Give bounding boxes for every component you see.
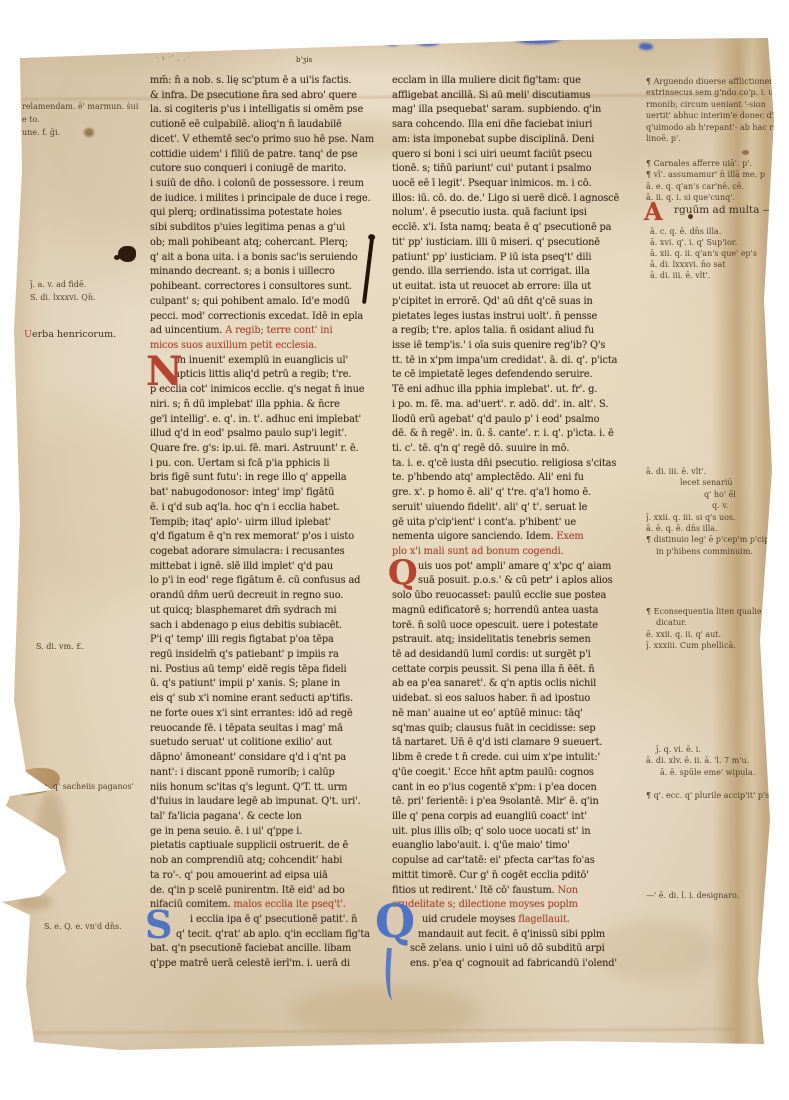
- blue-pigment-smudge: [385, 37, 400, 46]
- text-line: ut euitat. ista ut reuocet ab errore: il…: [392, 280, 648, 295]
- text-line: sibi subditos p'uies legitima penas a g'…: [150, 221, 406, 236]
- body-text: tal' fa'licia pagana'. & cecte lon: [150, 811, 302, 822]
- body-text: bat. q'n psecutionē faciebat ancille. li…: [150, 943, 351, 954]
- marginalia-left-ad-fidem: j̄. a. v. ad fidē.S. di. lxxxvi. Qn̄.: [30, 278, 170, 304]
- marginalia-left-top: relamendam. ē' marmun. ṡuie to.une. f. ḡ…: [22, 100, 162, 139]
- body-text: ā. di. iii. ē. vlt'.: [650, 271, 710, 280]
- body-text: sibi subditos p'uies legitima penas a g'…: [150, 222, 345, 233]
- body-text: uid crudele moyses: [422, 914, 518, 925]
- blue-pigment-smudge: [507, 23, 565, 44]
- rubric-text: Non: [558, 885, 578, 896]
- body-text: tā nartaret. Un̄ ē q'd isti clamare 9 su…: [392, 737, 602, 748]
- text-line: copulse ad car'tatē: ei' pfecta car'tas …: [392, 854, 648, 869]
- text-line: suā posuit. p.o.s.' & cū petr' i aplos a…: [392, 574, 648, 589]
- initial-q-blue: Q: [375, 898, 415, 944]
- text-line: cogebat adorare simulacra: i recusantes: [150, 545, 406, 560]
- text-line: ut quicq; blasphemaret dm̄ sydrach mi: [150, 604, 406, 619]
- text-line: tal' fa'licia pagana'. & cecte lon: [150, 810, 406, 825]
- text-line: nob an comprendiū atq; cohcendit' habi: [150, 854, 406, 869]
- body-text: lo p'i in eod' rege figātum ē. cū confus…: [150, 575, 360, 586]
- text-line: de. q'in p scelē punirentm. Itē eid' ad …: [150, 884, 406, 899]
- body-text: & infra. De psecutione n̄ra sed abro' qu…: [150, 90, 357, 101]
- text-line: cottidie uidem' i filiū de patre. tanq' …: [150, 148, 406, 163]
- body-text: mandauit aut fecit. ē q'inissū sibi pplm: [418, 929, 605, 940]
- text-line: on inuenit' exemplū in euanglicis ul': [150, 354, 406, 369]
- text-line: sq'mas quib; clausus fuāt in cecidisse: …: [392, 722, 648, 737]
- text-line: cutionē eē culpabilē. alioq'n n̄ laudabi…: [150, 118, 406, 133]
- body-text: ā. xii. q. ii. q'an's que' ep's: [650, 249, 757, 258]
- manuscript-photo: · ı ·' , ,· b'ʒis mm̄: n̄ a nob. s. lię …: [0, 0, 789, 1100]
- text-line: e to.: [22, 113, 162, 126]
- parchment-page: · ı ·' , ,· b'ʒis mm̄: n̄ a nob. s. lię …: [0, 0, 789, 1100]
- text-line: niis honum sc'itas q's legunt. Q'T. tt. …: [150, 781, 406, 796]
- body-text: llodū erū agebat' q'd paulo p' i eod' ps…: [392, 414, 599, 425]
- body-text: ab ea p'ea sanaret'. & q'n aptis oclis n…: [392, 678, 596, 689]
- body-text: te. p'hbendo atq' amplectēdo. Ali' eni f…: [392, 472, 584, 483]
- body-text: tē. pri' ferientē: i p'ea 9solantē. Mir'…: [392, 796, 599, 807]
- body-text: ¶ Econsequentia liten qualiena: [646, 607, 772, 616]
- body-text: j̄. xxxiii. Cum phellicā.: [646, 641, 736, 650]
- body-text: scē zelans. unio i uini uō dō subditū ar…: [410, 943, 605, 954]
- body-text: nementa uigore sanciendo. Idem.: [392, 531, 556, 542]
- text-line: lo p'i in eod' rege figātum ē. cū confus…: [150, 574, 406, 589]
- body-text: mittebat i ignē. slē illd implet' q'd pa…: [150, 561, 333, 572]
- body-text: ille q' pena corpis ad euangliū coact' i…: [392, 811, 587, 822]
- text-line: ē. i q'd sub aq'la. hoc q'n i ecclia hab…: [150, 501, 406, 516]
- rubric-text: malos ecclia ite pseq't'.: [233, 899, 345, 910]
- text-line: cutore suo conqueri i coniugē de marito.: [150, 162, 406, 177]
- body-text: relamendam. ē' marmun. ṡui: [22, 102, 138, 111]
- body-text: uertit' abhuc interim'e donec d'f.: [646, 111, 779, 120]
- body-text: p'cipitet in errorē. Qd' aū dn̄t q'cē su…: [392, 296, 593, 307]
- text-line: j̄. q. vi. ē. i.: [646, 744, 788, 755]
- body-text: ā. c. q. ē. dn̄s illa.: [650, 227, 721, 236]
- body-text: S. di. vm. £.: [36, 642, 84, 651]
- body-text: niri. s; n̄ dū implebat' illa pphia. & n…: [150, 399, 340, 410]
- text-line: ta. i. e. q'cē iusta dn̄i psecutio. reli…: [392, 457, 648, 472]
- body-text: —' ē. di. l. i. designaro.: [646, 891, 739, 900]
- text-line: ecclam in illa muliere dicit fig'tam: qu…: [392, 74, 648, 89]
- body-text: ti. c'. tē. q'n q' regē dō. suuire in mō…: [392, 443, 569, 454]
- text-line: j̄. xxxiii. Cum phellicā.: [646, 640, 788, 651]
- body-text: la. si cogiteris p'us i intelligatis si …: [150, 104, 363, 115]
- body-text: regū insidelm̄ q's patiebant' p impiis r…: [150, 649, 339, 660]
- text-line: affligebat ancillā. Si aū meli' discutia…: [392, 89, 648, 104]
- text-line: ge in pena seuio. ē. i ui' q'ppe i.: [150, 825, 406, 840]
- text-line: cettate corpis peussit. Si pena illa n̄ …: [392, 663, 648, 678]
- text-line: ā. di. lxxxvi. n̄o sat: [650, 259, 757, 270]
- blue-pigment-smudge: [414, 35, 441, 46]
- text-line: ta ro'-. q' pou amouerint ad eipsa uiā: [150, 869, 406, 884]
- body-text: dicet'. V ethemtē sec'o primo suo hē pse…: [150, 134, 374, 145]
- body-text: patiunt' pp' iusticiam. P iū ista pseq't…: [392, 252, 591, 263]
- body-text: torē. n̄ solū uoce opescuit. uere i pote…: [392, 620, 598, 631]
- text-column-2: ecclam in illa muliere dicit fig'tam: qu…: [392, 74, 648, 972]
- body-text: i po. m. fē. ma. ad'uert'. r. adō. dd'. …: [392, 399, 608, 410]
- body-text: sq'mas quib; clausus fuāt in cecidisse: …: [392, 723, 596, 734]
- body-text: ta ro'-. q' pou amouerint ad eipsa uiā: [150, 870, 328, 881]
- text-line: pietatis captiuale supplicii ostruerit. …: [150, 839, 406, 854]
- marginalia-right-citations-2: ā. di. iii. ē. vlt'.lecet senariūq' ho' …: [646, 466, 788, 557]
- text-line: torē. n̄ solū uoce opescuit. uere i pote…: [392, 619, 648, 634]
- rubric-text: A regib; terre cont' ini: [225, 325, 332, 336]
- text-line: cant in eo p'ius cogentē x'pm: i p'ea do…: [392, 781, 648, 796]
- text-line: q'ppe matrē uerā celestē ierl'm. i. uerā…: [150, 957, 406, 972]
- body-text: cettate corpis peussit. Si pena illa n̄ …: [392, 664, 595, 675]
- body-text: nolum'. ē psecutio iusta. quā faciunt ip…: [392, 207, 587, 218]
- body-text: ge in pena seuio. ē. i ui' q'ppe i.: [150, 826, 302, 837]
- text-line: ¶ Carnales afferre uiā'. p'.: [646, 158, 788, 169]
- body-text: fitios ut redirent.' Itē cō' faustum.: [392, 885, 558, 896]
- body-text: q'ppe matrē uerā celestē ierl'm. i. uerā…: [150, 958, 350, 969]
- body-text: lecet senariū: [680, 478, 733, 487]
- body-text: q. v.: [712, 501, 728, 510]
- text-line: la. si cogiteris p'us i intelligatis si …: [150, 103, 406, 118]
- text-line: isse iē temp'is.' i oīa suis quenire reg…: [392, 339, 648, 354]
- text-line: euanglio labo'auit. i. q'ūe maio' timo': [392, 839, 648, 854]
- body-text: libm ē crede t n̄ crede. cui uim x'pe in…: [392, 752, 600, 763]
- body-text: Tē eni adhuc illa pphia implebat'. ut. f…: [392, 384, 597, 395]
- text-line: regū insidelm̄ q's patiebant' p impiis r…: [150, 648, 406, 663]
- body-text: q'ūe coegit.' Ecce hn̄t aptm paulū: cogn…: [392, 767, 594, 778]
- text-line: ¶ Econsequentia liten qualiena: [646, 606, 788, 617]
- body-text: ā. ii. q. i. si que'cunq'.: [646, 193, 735, 202]
- marginalia-left-bottom: S. e. Q. e. vn'd dn̄s.: [44, 920, 184, 933]
- text-line: linoē. p'.: [646, 133, 788, 144]
- text-line: ā. di. iii. ē. vlt'.: [646, 466, 788, 477]
- text-line: ¶ Arguendo diuerse afflictionem: [646, 76, 788, 87]
- text-column-1: mm̄: n̄ a nob. s. lię sc'ptum ē a ui'is …: [150, 74, 406, 972]
- text-line: ti. c'. tē. q'n q' regē dō. suuire in mō…: [392, 442, 648, 457]
- text-line: bat. q'n psecutionē faciebat ancille. li…: [150, 942, 406, 957]
- body-text: apticis littis aliq'd petrū a regib; t'r…: [174, 369, 351, 380]
- text-line: rmonib; circum ueniant '-sion: [646, 99, 788, 110]
- text-line: uid crudele moyses flagellauit.: [392, 913, 648, 928]
- marginalia-right-argumentum-header: rguūm ad multa ———: [660, 203, 780, 217]
- body-text: sara cohcendo. Illa eni dn̄e faciebat in…: [392, 119, 592, 130]
- text-line: illud q'd in eod' psalmo paulo sup'i leg…: [150, 427, 406, 442]
- text-line: ā. di. xlv. ē. ii. ā. 'l. 7 m'u.: [646, 755, 788, 766]
- text-line: in p'hibens comminuim.: [646, 546, 788, 557]
- text-line: ni. Postius aū temp' eidē regis tēpa fid…: [150, 663, 406, 678]
- text-line: ille q' pena corpis ad euangliū coact' i…: [392, 810, 648, 825]
- body-text: ecclam in illa muliere dicit fig'tam: qu…: [392, 75, 581, 86]
- body-text: gre. x'. p homo ē. ali' q' t're. q'a'l h…: [392, 487, 591, 498]
- body-text: mag' illa psequebat' saram. supbiendo. q…: [392, 104, 601, 115]
- text-line: —' ē. di. l. i. designaro.: [646, 890, 788, 901]
- text-line: tē ad desidandū lumī cordis: ut surgēt p…: [392, 648, 648, 663]
- text-line: eis q' sub x'i nomine erant seducti ap't…: [150, 692, 406, 707]
- body-text: q' ho' ēl: [704, 490, 736, 499]
- body-text: nant': i discant pponē rumorib; i calūp: [150, 767, 335, 778]
- text-line: mittit timorē. Cur g' n̄ cogēt ecclia pd…: [392, 869, 648, 884]
- body-text: cant in eo p'ius cogentē x'pm: i p'ea do…: [392, 782, 597, 793]
- text-line: q'd figatum ē q'n rex memorat' p'os i ui…: [150, 530, 406, 545]
- text-line: llodū erū agebat' q'd paulo p' i eod' ps…: [392, 413, 648, 428]
- text-line: ā. xii. q. ii. q'an's que' ep's: [650, 248, 757, 259]
- text-line: Quare fre. g's: ip.ui. fē. mari. Astruun…: [150, 442, 406, 457]
- text-line: pstrauit. atq; insidelitatis tenebris se…: [392, 633, 648, 648]
- body-text: am: ista imponebat supbe disciplinā. Den…: [392, 134, 594, 145]
- body-text: S. e. Q. e. vn'd dn̄s.: [44, 922, 122, 931]
- text-line: relamendam. ē' marmun. ṡui: [22, 100, 162, 113]
- text-line: ¶ distinuio leg' ē p'cep'm p'cipiens u: [646, 534, 788, 545]
- body-text: mittit timorē. Cur g' n̄ cogēt ecclia pd…: [392, 870, 589, 881]
- marginalia-left-citation: S. di. vm. £.: [36, 640, 176, 653]
- text-line: i ecclia ipa ē q' psecutionē patit'. n̄: [150, 913, 406, 928]
- body-text: ā. di. lxxxvi. n̄o sat: [650, 260, 725, 269]
- text-line: uertit' abhuc interim'e donec d'f.: [646, 110, 788, 121]
- body-text: ā. ē. spūle eme' wipula.: [660, 768, 755, 777]
- blue-pigment-smudge: [639, 43, 653, 50]
- text-line: q'uimodo ab h'repant'- ab hac rebel: [646, 122, 788, 133]
- body-text: j̄. a. v. ad fidē.: [30, 280, 86, 289]
- body-text: illos: iū. cō. do. de.' Ligo si uerē dic…: [392, 193, 619, 204]
- body-text: seruit' uiuendo fidelit'. ali' q' t'. se…: [392, 502, 587, 513]
- text-line: dicet'. V ethemtē sec'o primo suo hē pse…: [150, 133, 406, 148]
- text-line: mag' illa psequebat' saram. supbiendo. q…: [392, 103, 648, 118]
- text-line: fitios ut redirent.' Itē cō' faustum. No…: [392, 884, 648, 899]
- text-line: une. f. ḡi.: [22, 126, 162, 139]
- text-line: ā. e. q. q'an's car'nē. cē.: [646, 181, 788, 192]
- body-text: Tempib; itaq' aplo'- uirm illud iplebat': [150, 517, 331, 528]
- text-line: Tē eni adhuc illa pphia implebat'. ut. f…: [392, 383, 648, 398]
- text-line: magnū edificatorē s; horrendū antea uast…: [392, 604, 648, 619]
- body-text: magnū edificatorē s; horrendū antea uast…: [392, 605, 598, 616]
- text-line: quero si boni i sci uiri ueumt faciūt ps…: [392, 148, 648, 163]
- text-line: tionē. s; tin̄ū pariunt' cui' putant i p…: [392, 162, 648, 177]
- body-text: cottidie uidem' i filiū de patre. tanq' …: [150, 149, 358, 160]
- body-text: niis honum sc'itas q's legunt. Q'T. tt. …: [150, 782, 347, 793]
- text-line: ē. xxii. q. ii. q' aut.: [646, 629, 788, 640]
- body-text: suetudo seruat' ut colitione exilio' aut: [150, 737, 332, 748]
- ink-blot: [118, 246, 136, 262]
- body-text: i. vm. q' sacheiis paganos': [28, 782, 134, 791]
- body-text: pecci. mod' correctionis excedat. Idē in…: [150, 311, 363, 322]
- body-text: extrinsecus sem g'ndo co'p. i. uē: [646, 88, 778, 97]
- text-line: j̄. xxii. q. iii. si q's uos.: [646, 512, 788, 523]
- marginalia-left-paganos: i. vm. q' sacheiis paganos': [28, 780, 168, 793]
- text-line: ¶ q'. ecc. q' plurile accip'it' p'smon: [646, 790, 788, 801]
- body-text: eis q' sub x'i nomine erant seducti ap't…: [150, 693, 353, 704]
- text-line: i suiū de dn̄o. i colonū de possessore. …: [150, 177, 406, 192]
- text-line: j̄. a. v. ad fidē.: [30, 278, 170, 291]
- text-line: tt. tē in x'pm impa'um credidat'. ā. di.…: [392, 354, 648, 369]
- initial-n-red: N: [146, 352, 183, 392]
- body-text: linoē. p'.: [646, 134, 681, 143]
- body-text: gendo. illa serriendo. ista ut corrigat.…: [392, 266, 590, 277]
- marginalia-right-econsequentia: ¶ Econsequentia liten qualienadicatur.ē.…: [646, 606, 788, 652]
- text-line: plo x'i mali sunt ad bonum cogendi.: [392, 545, 648, 560]
- body-text: suā posuit. p.o.s.' & cū petr' i aplos a…: [418, 575, 612, 586]
- text-line: ā. ē. q. ē. dn̄s illa.: [646, 523, 788, 534]
- tear-shadow: [18, 894, 52, 910]
- text-line: scē zelans. unio i uini uō dō subditū ar…: [392, 942, 648, 957]
- body-text: affligebat ancillā. Si aū meli' discutia…: [392, 90, 590, 101]
- marginalia-right-arguendo: ¶ Arguendo diuerse afflictionemextrinsec…: [646, 76, 788, 144]
- text-line: tē. pri' ferientē: i p'ea 9solantē. Mir'…: [392, 795, 648, 810]
- text-line: minando decreant. s; a bonis i uillecro: [150, 265, 406, 280]
- text-line: uidebat. si eos saluos haber. n̄ ad ipos…: [392, 692, 648, 707]
- body-text: ¶ distinuio leg' ē p'cep'm p'cipiens u: [646, 535, 788, 544]
- body-text: ¶ vī'. assumamur' n̄ illā me. p: [646, 170, 765, 179]
- text-line: dāpno' āmoneant' considare q'd i q'nt pa: [150, 751, 406, 766]
- body-text: culpant' s; qui pohibent amalo. Id'e mod…: [150, 296, 350, 307]
- text-line: ū. q's patiunt' impii p' xanis. S; plane…: [150, 677, 406, 692]
- body-text: ut quicq; blasphemaret dm̄ sydrach mi: [150, 605, 337, 616]
- text-line: nē man' auaine ut eo' aptūē minuc: tāq': [392, 707, 648, 722]
- body-text: ecclē. x'i. Ista namq; beata ē q' psecut…: [392, 222, 611, 233]
- body-text: ge'l intellig'. e. q'. in. t'. adhuc eni…: [150, 414, 361, 425]
- text-line: ge'l intellig'. e. q'. in. t'. adhuc eni…: [150, 413, 406, 428]
- text-line: ā. xvi. q'. i. q' Sup'ior.: [650, 237, 757, 248]
- text-line: q' ho' ēl: [646, 489, 788, 500]
- body-text: tt. tē in x'pm impa'um credidat'. ā. di.…: [392, 355, 617, 366]
- text-line: ā. c. q. ē. dn̄s illa.: [650, 226, 757, 237]
- body-text: on inuenit' exemplū in euanglicis ul': [174, 355, 348, 366]
- text-line: de iudice. i milites i principale de duc…: [150, 192, 406, 207]
- text-line: d'fuius in laudare legē ab impunat. Q't.…: [150, 795, 406, 810]
- body-text: nē man' auaine ut eo' aptūē minuc: tāq': [392, 708, 583, 719]
- body-text: uidebat. si eos saluos haber. n̄ ad ipos…: [392, 693, 590, 704]
- rubric-text: crudelitate s; dilectione moyses poplm: [392, 899, 578, 910]
- tear-shadow: [36, 790, 66, 880]
- body-text: in p'hibens comminuim.: [656, 547, 753, 556]
- body-text: reuocande fē. i tēpata seuitas i mag' mā: [150, 723, 343, 734]
- body-text: ta. i. e. q'cē iusta dn̄i psecutio. reli…: [392, 458, 616, 469]
- text-line: q' tecit. q'rat' ab aplo. q'in eccliam f…: [150, 928, 406, 943]
- rubric-text: U: [24, 329, 32, 340]
- text-line: ob; mali pohibeant atq; cohercant. Plerq…: [150, 236, 406, 251]
- text-line: orandū dn̄m uerū decreuit in regno suo.: [150, 589, 406, 604]
- body-text: dē. & n̄ regē'. in. ū. s̄. cante'. r. i.…: [392, 428, 614, 439]
- text-line: mittebat i ignē. slē illd implet' q'd pa…: [150, 560, 406, 575]
- text-line: libm ē crede t n̄ crede. cui uim x'pe in…: [392, 751, 648, 766]
- text-line: apticis littis aliq'd petrū a regib; t'r…: [150, 368, 406, 383]
- body-text: e to.: [22, 115, 40, 124]
- marginalia-right-designaro: —' ē. di. l. i. designaro.: [646, 890, 788, 901]
- stain-speck: [742, 150, 749, 155]
- text-line: nifaciū comitem. malos ecclia ite pseq't…: [150, 898, 406, 913]
- body-text: cogebat adorare simulacra: i recusantes: [150, 546, 345, 557]
- body-text: dicatur.: [656, 618, 687, 627]
- text-line: extrinsecus sem g'ndo co'p. i. uē: [646, 87, 788, 98]
- body-text: rmonib; circum ueniant '-sion: [646, 100, 766, 109]
- body-text: uit. plus illis oīb; q' solo uoce uocati…: [392, 826, 591, 837]
- rubric-text: Exem: [556, 531, 583, 542]
- text-line: p ecclia cot' inimicos ecclie. q's negat…: [150, 383, 406, 398]
- text-line: ens. p'ea q' cognouit ad fabricandū i'ol…: [392, 957, 648, 972]
- text-line: Tempib; itaq' aplo'- uirm illud iplebat': [150, 516, 406, 531]
- text-line: pecci. mod' correctionis excedat. Idē in…: [150, 310, 406, 325]
- body-text: qui plerq; ordinatissima potestate hoies: [150, 207, 342, 218]
- marginalia-left-verba-henricorum: Uerba henricorum.: [24, 328, 164, 342]
- text-line: P'i q' temp' illi regis figtabat p'oa tē…: [150, 633, 406, 648]
- body-text: de iudice. i milites i principale de duc…: [150, 193, 371, 204]
- text-line: suetudo seruat' ut colitione exilio' aut: [150, 736, 406, 751]
- body-text: solo ūbo reuocasset: paulū ecclie sue po…: [392, 590, 606, 601]
- text-line: niri. s; n̄ dū implebat' illa pphia. & n…: [150, 398, 406, 413]
- text-line: culpant' s; qui pohibent amalo. Id'e mod…: [150, 295, 406, 310]
- text-line: tit' pp' iusticiam. illi ū miseri. q' ps…: [392, 236, 648, 251]
- marginalia-right-carnales: ¶ Carnales afferre uiā'. p'.¶ vī'. assum…: [646, 158, 788, 204]
- body-text: mm̄: n̄ a nob. s. lię sc'ptum ē a ui'is …: [150, 75, 351, 86]
- text-line: S. di. lxxxvi. Qn̄.: [30, 291, 170, 304]
- body-text: tē ad desidandū lumī cordis: ut surgēt p…: [392, 649, 591, 660]
- body-text: ē. i q'd sub aq'la. hoc q'n i ecclia hab…: [150, 502, 340, 513]
- rubric-text: flagellauit.: [518, 914, 569, 925]
- text-line: S. di. vm. £.: [36, 640, 176, 653]
- body-text: ¶ Arguendo diuerse afflictionem: [646, 77, 777, 86]
- body-text: minando decreant. s; a bonis i uillecro: [150, 266, 335, 277]
- body-text: tit' pp' iusticiam. illi ū miseri. q' ps…: [392, 237, 600, 248]
- body-text: ē. xxii. q. ii. q' aut.: [646, 630, 721, 639]
- initial-q-red: Q: [388, 556, 418, 590]
- body-text: q'd figatum ē q'n rex memorat' p'os i ui…: [150, 531, 354, 542]
- text-line: ā. ē. spūle eme' wipula.: [646, 767, 788, 778]
- body-text: ens. p'ea q' cognouit ad fabricandū i'ol…: [410, 958, 617, 969]
- body-text: S. di. lxxxvi. Qn̄.: [30, 293, 96, 302]
- text-line: mandauit aut fecit. ē q'inissū sibi pplm: [392, 928, 648, 943]
- body-text: ut euitat. ista ut reuocet ab errore: il…: [392, 281, 591, 292]
- body-text: ā. xvi. q'. i. q' Sup'ior.: [650, 238, 737, 247]
- text-line: ā. ii. q. i. si que'cunq'.: [646, 192, 788, 203]
- text-line: sara cohcendo. Illa eni dn̄e faciebat in…: [392, 118, 648, 133]
- body-text: ā. di. xlv. ē. ii. ā. 'l. 7 m'u.: [646, 756, 749, 765]
- text-line: S. e. Q. e. vn'd dn̄s.: [44, 920, 184, 933]
- text-line: ab ea p'ea sanaret'. & q'n aptis oclis n…: [392, 677, 648, 692]
- body-text: te cē impietatē leges defendendo seruire…: [392, 369, 593, 380]
- text-line: illos: iū. cō. do. de.' Ligo si uerē dic…: [392, 192, 648, 207]
- text-line: nant': i discant pponē rumorib; i calūp: [150, 766, 406, 781]
- body-text: ū. q's patiunt' impii p' xanis. S; plane…: [150, 678, 340, 689]
- text-line: gre. x'. p homo ē. ali' q' t're. q'a'l h…: [392, 486, 648, 501]
- body-text: q'uimodo ab h'repant'- ab hac rebel: [646, 123, 788, 132]
- text-line: & infra. De psecutione n̄ra sed abro' qu…: [150, 89, 406, 104]
- interlinear-gloss: b'ʒis: [296, 56, 312, 64]
- body-text: orandū dn̄m uerū decreuit in regno suo.: [150, 590, 343, 601]
- text-line: bris figē sunt futu': in rege illo q' ap…: [150, 471, 406, 486]
- body-text: ni. Postius aū temp' eidē regis tēpa fid…: [150, 664, 346, 675]
- text-line: lecet senariū: [646, 477, 788, 488]
- body-text: ā. di. iii. ē. vlt'.: [646, 467, 706, 476]
- body-text: tionē. s; tin̄ū pariunt' cui' putant i p…: [392, 163, 591, 174]
- text-line: uocē eē ī legit'. Psequar inimicos. m. i…: [392, 177, 648, 192]
- body-text: copulse ad car'tatē: ei' pfecta car'tas …: [392, 855, 595, 866]
- text-line: a regib; t're. aplos talia. n̄ osidant a…: [392, 324, 648, 339]
- text-line: am: ista imponebat supbe disciplinā. Den…: [392, 133, 648, 148]
- body-text: j̄. q. vi. ē. i.: [656, 745, 701, 754]
- body-text: d'fuius in laudare legē ab impunat. Q't.…: [150, 796, 361, 807]
- body-text: ¶ q'. ecc. q' plurile accip'it' p'smon: [646, 791, 787, 800]
- blue-pigment-smudge: [286, 28, 344, 45]
- body-text: isse iē temp'is.' i oīa suis quenire reg…: [392, 340, 605, 351]
- body-text: uis uos pot' ampli' amare q' x'pc q' aia…: [418, 561, 611, 572]
- body-text: pohibeant. correctores i consultores sun…: [150, 281, 352, 292]
- body-text: gē uita p'cip'ient' i cont'a. p'hibent' …: [392, 517, 576, 528]
- body-text: uocē eē ī legit'. Psequar inimicos. m. i…: [392, 178, 591, 189]
- body-text: une. f. ḡi.: [22, 128, 60, 137]
- text-line: i. vm. q' sacheiis paganos': [28, 780, 168, 793]
- text-line: i pu. con. Uertam si fcā p'ia pphicis li: [150, 457, 406, 472]
- body-text: de. q'in p scelē punirentm. Itē eid' ad …: [150, 885, 345, 896]
- text-line: q'ūe coegit.' Ecce hn̄t aptm paulū: cogn…: [392, 766, 648, 781]
- body-text: ā. ē. q. ē. dn̄s illa.: [646, 524, 718, 533]
- text-line: bat' nabugodonosor: integ' imp' figātū: [150, 486, 406, 501]
- text-line: patiunt' pp' iusticiam. P iū ista pseq't…: [392, 251, 648, 266]
- body-text: ne forte oues x'i sint errantes: idō ad …: [150, 708, 353, 719]
- text-line: te. p'hbendo atq' amplectēdo. Ali' eni f…: [392, 471, 648, 486]
